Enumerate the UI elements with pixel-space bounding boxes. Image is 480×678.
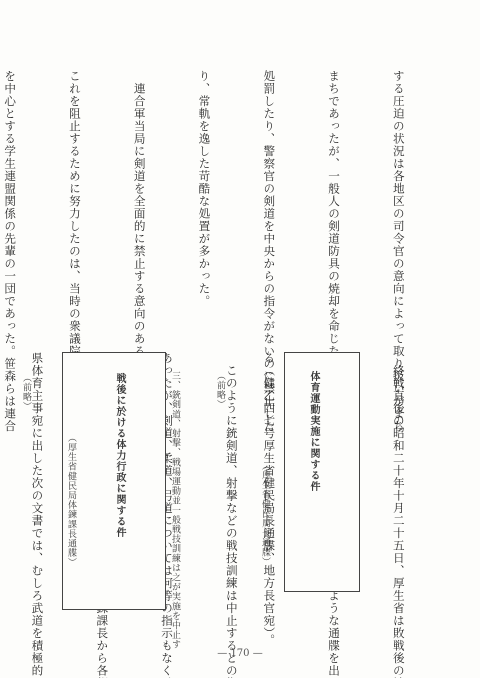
page-number: — 170 — (0, 648, 480, 659)
text-line: このように銃剣道、射撃などの戦技訓練は中止するとの指示が (220, 352, 242, 627)
text-line: これを阻止するために努力したのは、当時の衆議院議員笹森順造 (63, 70, 85, 335)
quoted-notice-box-1: 体育運動実施に関する件 （厚生省健民局長通牒） （前略） 三、銃剣道、射撃、戦場… (284, 352, 360, 592)
notice-title: 体育運動実施に関する件 (306, 371, 321, 583)
text-line: 連合軍当局に剣道を全面的に禁止する意向のあることを知って (128, 70, 150, 335)
text-line: 終戦直後の昭和二十年十月二十五日、厚生省は敗戦後の社会体 (387, 352, 409, 627)
bottom-middle-text: このように銃剣道、射撃などの戦技訓練は中止するとの指示が あったが、剣道、柔道、… (180, 352, 285, 627)
notice-line: （前略） (18, 373, 33, 601)
text-line: 処罰したり、警察官の剣道を中央からの指令がないのに禁止した (258, 70, 280, 335)
top-text-section: する圧迫の状況は各地区の司令官の意向によって取り扱いがまち まちであったが、一般… (22, 70, 452, 335)
text-line: まちであったが、一般人の剣道防具の焼却を命じたり、所有者を (322, 70, 344, 335)
notice-source: （厚生省健民局体鍊課長通牒） (63, 373, 78, 601)
text-line: り、常軌を逸した苛酷な処置が多かった。 (193, 70, 215, 335)
text-line: を中心とする学生連盟関係の先輩の一団であった。笹森らは連合 (0, 70, 20, 335)
bottom-intro-text: 終戦直後の昭和二十年十月二十五日、厚生省は敗戦後の社会体 育実施上の指針として、… (382, 352, 452, 627)
text-line: する圧迫の状況は各地区の司令官の意向によって取り扱いがまち (387, 70, 409, 335)
quoted-notice-box-2: 戦後に於ける体力行政に関する件 （厚生省健民局体鍊課長通牒） （前略） 第三、実… (62, 352, 166, 610)
notice-title: 戦後に於ける体力行政に関する件 (112, 373, 127, 601)
